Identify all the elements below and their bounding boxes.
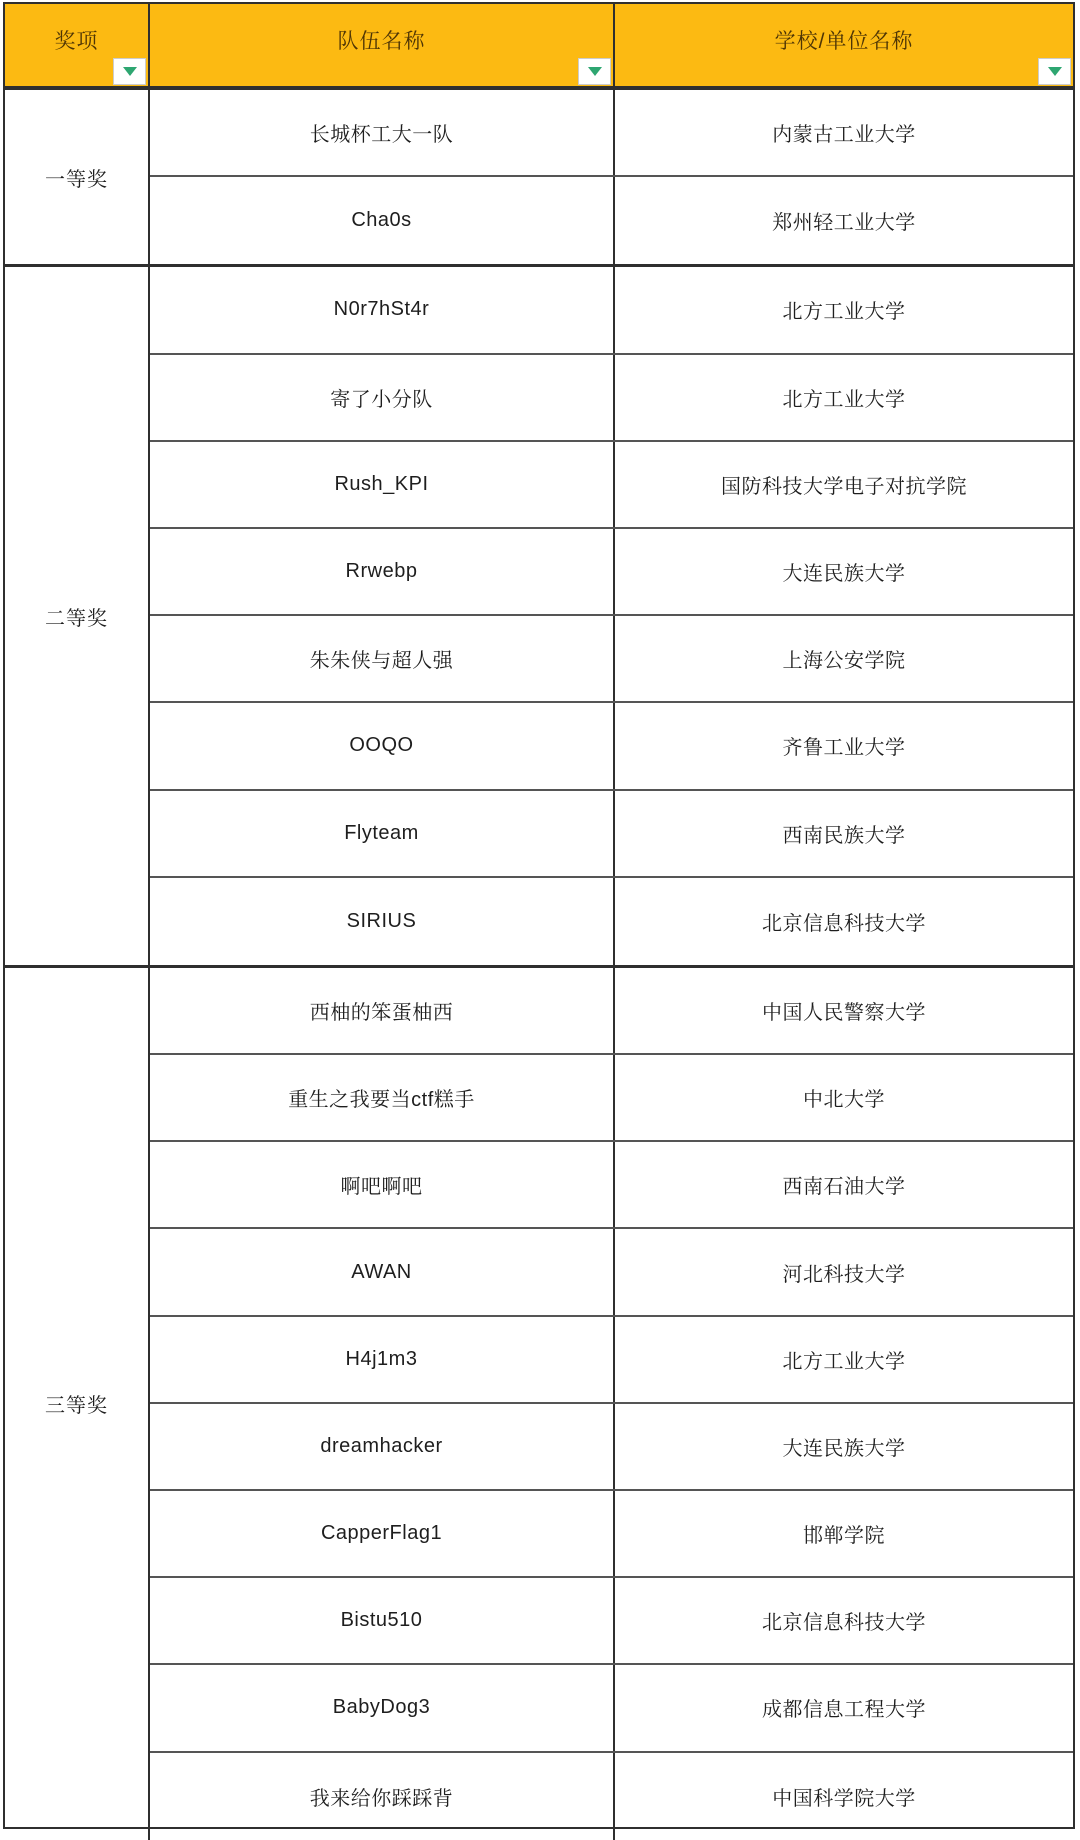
table-row: 寄了小分队北方工业大学 [150,355,1073,442]
team-name-cell: 西柚的笨蛋柚西 [150,968,615,1053]
school-name-cell: 上海公安学院 [615,616,1073,701]
table-row: N0r7hSt4r北方工业大学 [150,267,1073,354]
school-name-cell: 中国人民警察大学 [615,968,1073,1053]
school-name-cell: 齐鲁工业大学 [615,703,1073,788]
school-name-cell: 西南民族大学 [615,791,1073,876]
table-row: 我来给你踩踩背中国科学院大学 [150,1753,1073,1840]
table-header-row: 奖项 队伍名称 学校/单位名称 [5,4,1073,90]
awards-table: 奖项 队伍名称 学校/单位名称 一等奖长城杯工大一队内蒙古工业大学Cha0s郑州… [3,2,1075,1829]
school-name-cell: 中国科学院大学 [615,1753,1073,1840]
team-name-cell: 寄了小分队 [150,355,615,440]
school-name-cell: 河北科技大学 [615,1229,1073,1314]
table-row: Rush_KPI国防科技大学电子对抗学院 [150,442,1073,529]
table-row: 长城杯工大一队内蒙古工业大学 [150,90,1073,177]
school-name-cell: 邯郸学院 [615,1491,1073,1576]
table-row: SIRIUS北京信息科技大学 [150,878,1073,965]
table-row: OOQO齐鲁工业大学 [150,703,1073,790]
school-name-cell: 中北大学 [615,1055,1073,1140]
team-name-cell: Rrwebp [150,529,615,614]
table-row: AWAN河北科技大学 [150,1229,1073,1316]
table-row: Flyteam西南民族大学 [150,791,1073,878]
table-row: Cha0s郑州轻工业大学 [150,177,1073,264]
header-cell-school: 学校/单位名称 [615,4,1073,86]
team-name-cell: 啊吧啊吧 [150,1142,615,1227]
team-name-cell: SIRIUS [150,878,615,965]
award-group: 三等奖西柚的笨蛋柚西中国人民警察大学重生之我要当ctf糕手中北大学啊吧啊吧西南石… [5,968,1073,1840]
filter-triangle-icon [1048,67,1062,76]
filter-dropdown-button-team[interactable] [578,58,611,85]
school-name-cell: 成都信息工程大学 [615,1665,1073,1750]
filter-dropdown-button-school[interactable] [1038,58,1071,85]
team-name-cell: dreamhacker [150,1404,615,1489]
filter-dropdown-button-award[interactable] [113,58,146,85]
table-row: 重生之我要当ctf糕手中北大学 [150,1055,1073,1142]
award-label: 二等奖 [5,267,150,965]
team-name-cell: OOQO [150,703,615,788]
school-name-cell: 国防科技大学电子对抗学院 [615,442,1073,527]
award-label: 三等奖 [5,968,150,1840]
team-name-cell: AWAN [150,1229,615,1314]
header-cell-award: 奖项 [5,4,150,86]
school-name-cell: 内蒙古工业大学 [615,90,1073,175]
school-name-cell: 大连民族大学 [615,529,1073,614]
team-name-cell: 朱朱侠与超人强 [150,616,615,701]
group-rows: 西柚的笨蛋柚西中国人民警察大学重生之我要当ctf糕手中北大学啊吧啊吧西南石油大学… [150,968,1073,1840]
group-rows: 长城杯工大一队内蒙古工业大学Cha0s郑州轻工业大学 [150,90,1073,264]
team-name-cell: 长城杯工大一队 [150,90,615,175]
award-label: 一等奖 [5,90,150,264]
team-name-cell: 重生之我要当ctf糕手 [150,1055,615,1140]
header-label-award: 奖项 [55,25,99,55]
school-name-cell: 大连民族大学 [615,1404,1073,1489]
school-name-cell: 郑州轻工业大学 [615,177,1073,264]
table-row: 西柚的笨蛋柚西中国人民警察大学 [150,968,1073,1055]
school-name-cell: 北方工业大学 [615,267,1073,352]
team-name-cell: 我来给你踩踩背 [150,1753,615,1840]
school-name-cell: 北方工业大学 [615,1317,1073,1402]
school-name-cell: 北京信息科技大学 [615,1578,1073,1663]
school-name-cell: 北京信息科技大学 [615,878,1073,965]
awards-table-page: 奖项 队伍名称 学校/单位名称 一等奖长城杯工大一队内蒙古工业大学Cha0s郑州… [0,0,1080,1831]
table-body: 一等奖长城杯工大一队内蒙古工业大学Cha0s郑州轻工业大学二等奖N0r7hSt4… [5,90,1073,1840]
group-rows: N0r7hSt4r北方工业大学寄了小分队北方工业大学Rush_KPI国防科技大学… [150,267,1073,965]
table-row: 啊吧啊吧西南石油大学 [150,1142,1073,1229]
table-row: CapperFlag1邯郸学院 [150,1491,1073,1578]
header-label-team: 队伍名称 [338,25,426,55]
team-name-cell: Rush_KPI [150,442,615,527]
school-name-cell: 北方工业大学 [615,355,1073,440]
filter-triangle-icon [123,67,137,76]
header-label-school: 学校/单位名称 [775,25,914,55]
table-row: Bistu510北京信息科技大学 [150,1578,1073,1665]
table-row: dreamhacker大连民族大学 [150,1404,1073,1491]
team-name-cell: H4j1m3 [150,1317,615,1402]
team-name-cell: BabyDog3 [150,1665,615,1750]
team-name-cell: CapperFlag1 [150,1491,615,1576]
table-row: 朱朱侠与超人强上海公安学院 [150,616,1073,703]
award-group: 一等奖长城杯工大一队内蒙古工业大学Cha0s郑州轻工业大学 [5,90,1073,267]
table-row: Rrwebp大连民族大学 [150,529,1073,616]
team-name-cell: Bistu510 [150,1578,615,1663]
table-row: H4j1m3北方工业大学 [150,1317,1073,1404]
award-group: 二等奖N0r7hSt4r北方工业大学寄了小分队北方工业大学Rush_KPI国防科… [5,267,1073,968]
school-name-cell: 西南石油大学 [615,1142,1073,1227]
filter-triangle-icon [588,67,602,76]
header-cell-team: 队伍名称 [150,4,615,86]
team-name-cell: Cha0s [150,177,615,264]
table-row: BabyDog3成都信息工程大学 [150,1665,1073,1752]
team-name-cell: Flyteam [150,791,615,876]
team-name-cell: N0r7hSt4r [150,267,615,352]
